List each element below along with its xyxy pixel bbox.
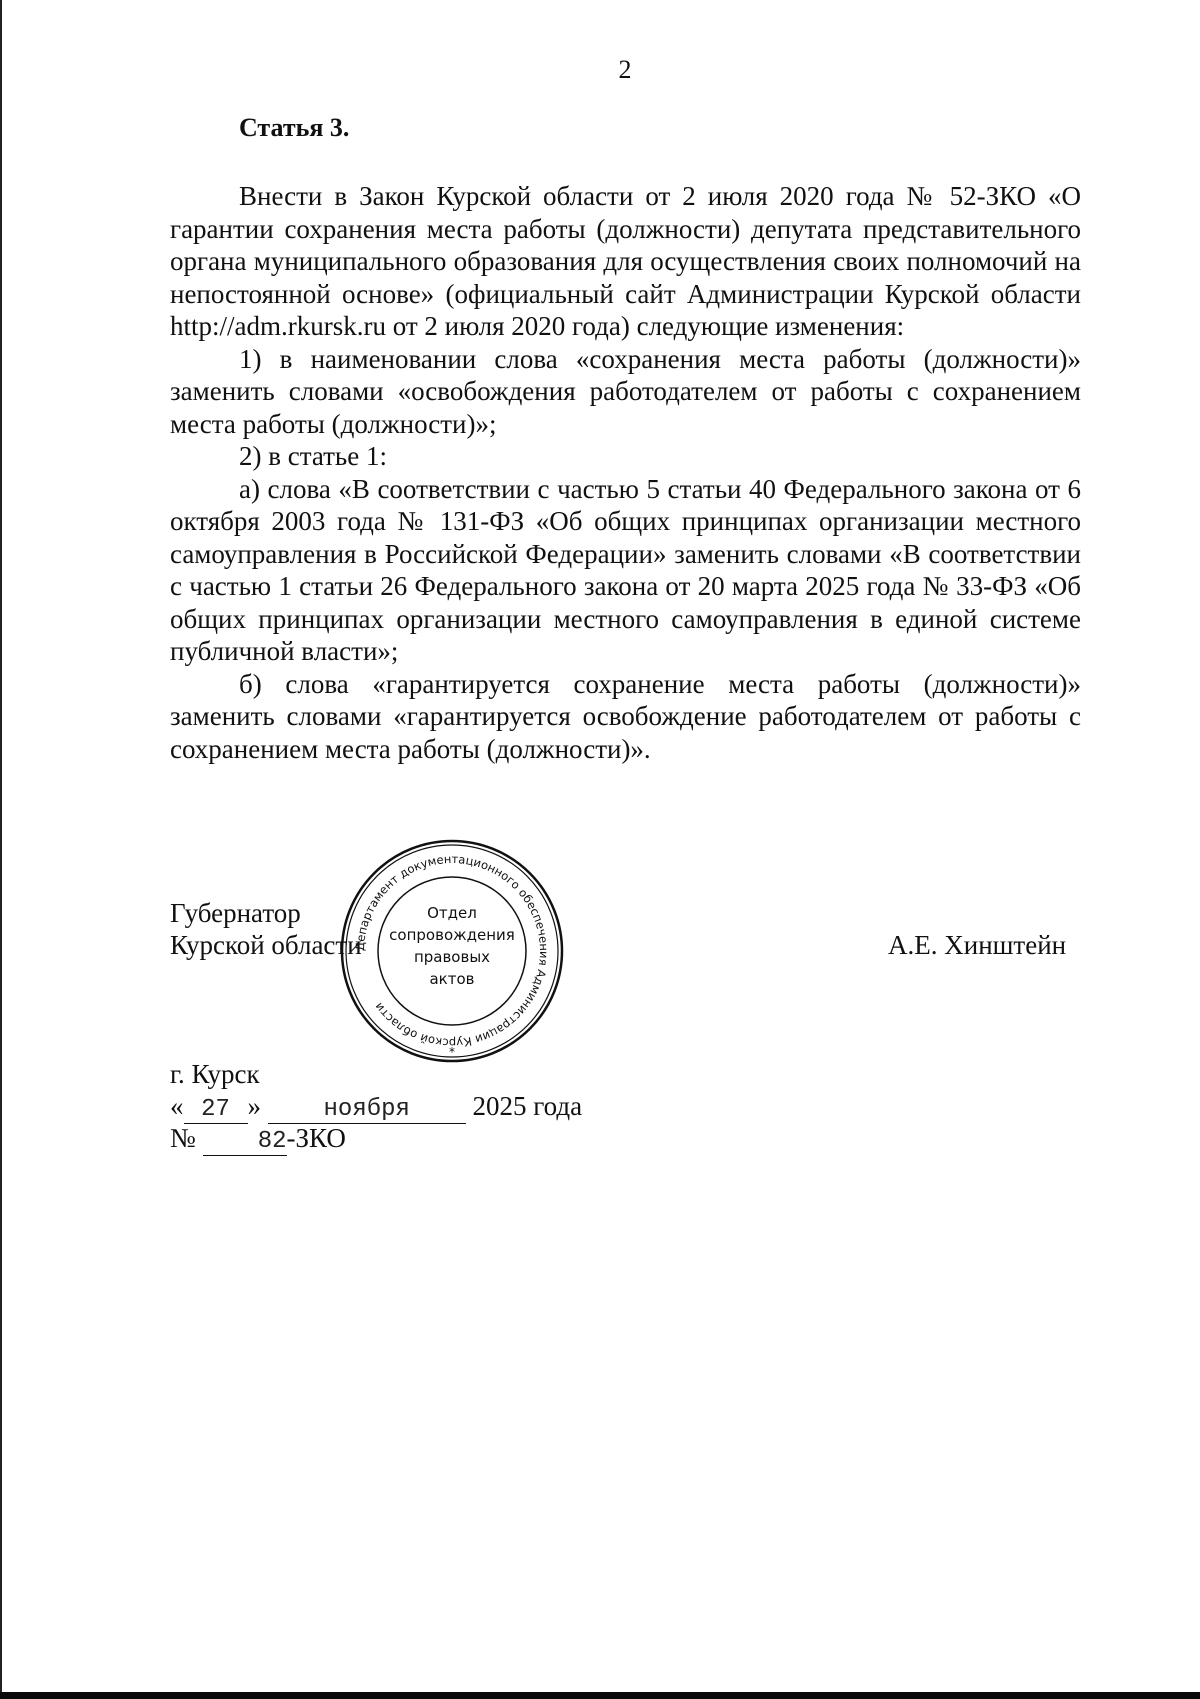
law-number: 82 [203,1129,287,1156]
page-number: 2 [0,55,1200,85]
stamp-center-line-2: сопровождения [389,926,515,944]
paragraph-item-2b: б) слова «гарантируется сохранение места… [170,668,1081,766]
stamp-center-line-1: Отдел [427,904,477,922]
number-prefix: № [170,1123,196,1153]
date-year: 2025 года [473,1091,583,1121]
page-edge-left [0,0,2,1699]
number-suffix: -ЗКО [287,1123,346,1153]
position-line-2: Курской области [170,929,362,961]
page-edge-bottom [0,1692,1200,1699]
city: г. Курск [170,1058,260,1090]
date-close-quote: » [248,1091,262,1121]
article-title: Статья 3. [239,113,349,143]
document-body: Внести в Закон Курской области от 2 июля… [170,180,1081,765]
signature-position: Губернатор Курской области [170,897,362,961]
date-line: «27» ноября 2025 года [170,1090,582,1124]
stamp-star: * [449,1045,455,1059]
signatory-name: А.Е. Хинштейн [888,929,1066,961]
stamp-center-line-3: правовых [414,948,490,966]
date-day: 27 [184,1097,248,1124]
paragraph-item-1: 1) в наименовании слова «сохранения мест… [170,343,1081,441]
official-stamp: Департамент документационного обеспечени… [339,838,565,1064]
paragraph-item-2: 2) в статье 1: [170,440,1081,473]
paragraph-item-2a: а) слова «В соответствии с частью 5 стат… [170,473,1081,668]
stamp-center-line-4: актов [429,970,474,988]
law-number-line: № 82-ЗКО [170,1122,346,1156]
paragraph-intro: Внести в Закон Курской области от 2 июля… [170,180,1081,343]
position-line-1: Губернатор [170,897,362,929]
date-open-quote: « [170,1091,184,1121]
date-month: ноября [268,1097,466,1124]
